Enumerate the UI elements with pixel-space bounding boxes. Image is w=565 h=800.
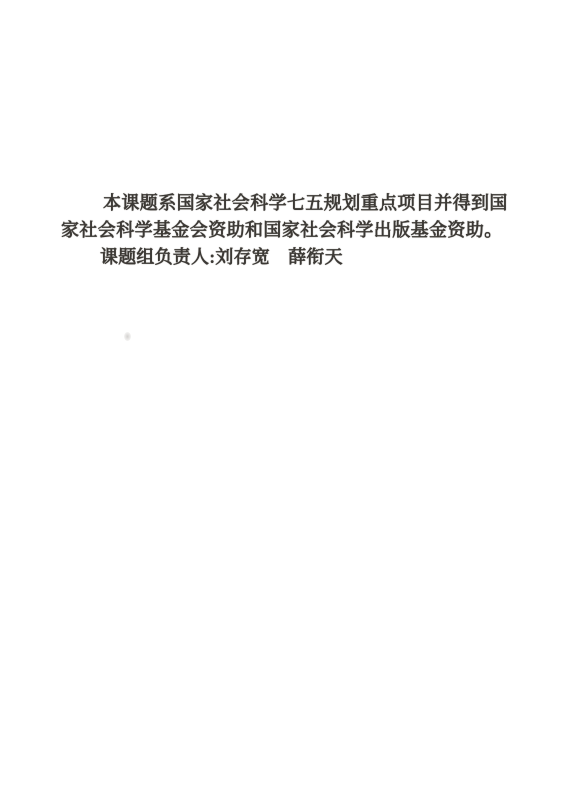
funding-note: 本课题系国家社会科学七五规划重点项目并得到国 家社会科学基金会资助和国家社会科学… [61,190,511,271]
funding-note-line-1: 本课题系国家社会科学七五规划重点项目并得到国 [61,190,511,217]
scanned-book-page: 本课题系国家社会科学七五规划重点项目并得到国 家社会科学基金会资助和国家社会科学… [0,0,565,800]
project-leaders-line: 课题组负责人:刘存宽 薛衔天 [61,244,511,271]
funding-note-line-2: 家社会科学基金会资助和国家社会科学出版基金资助。 [61,217,511,244]
scan-smudge-artifact [124,332,131,341]
